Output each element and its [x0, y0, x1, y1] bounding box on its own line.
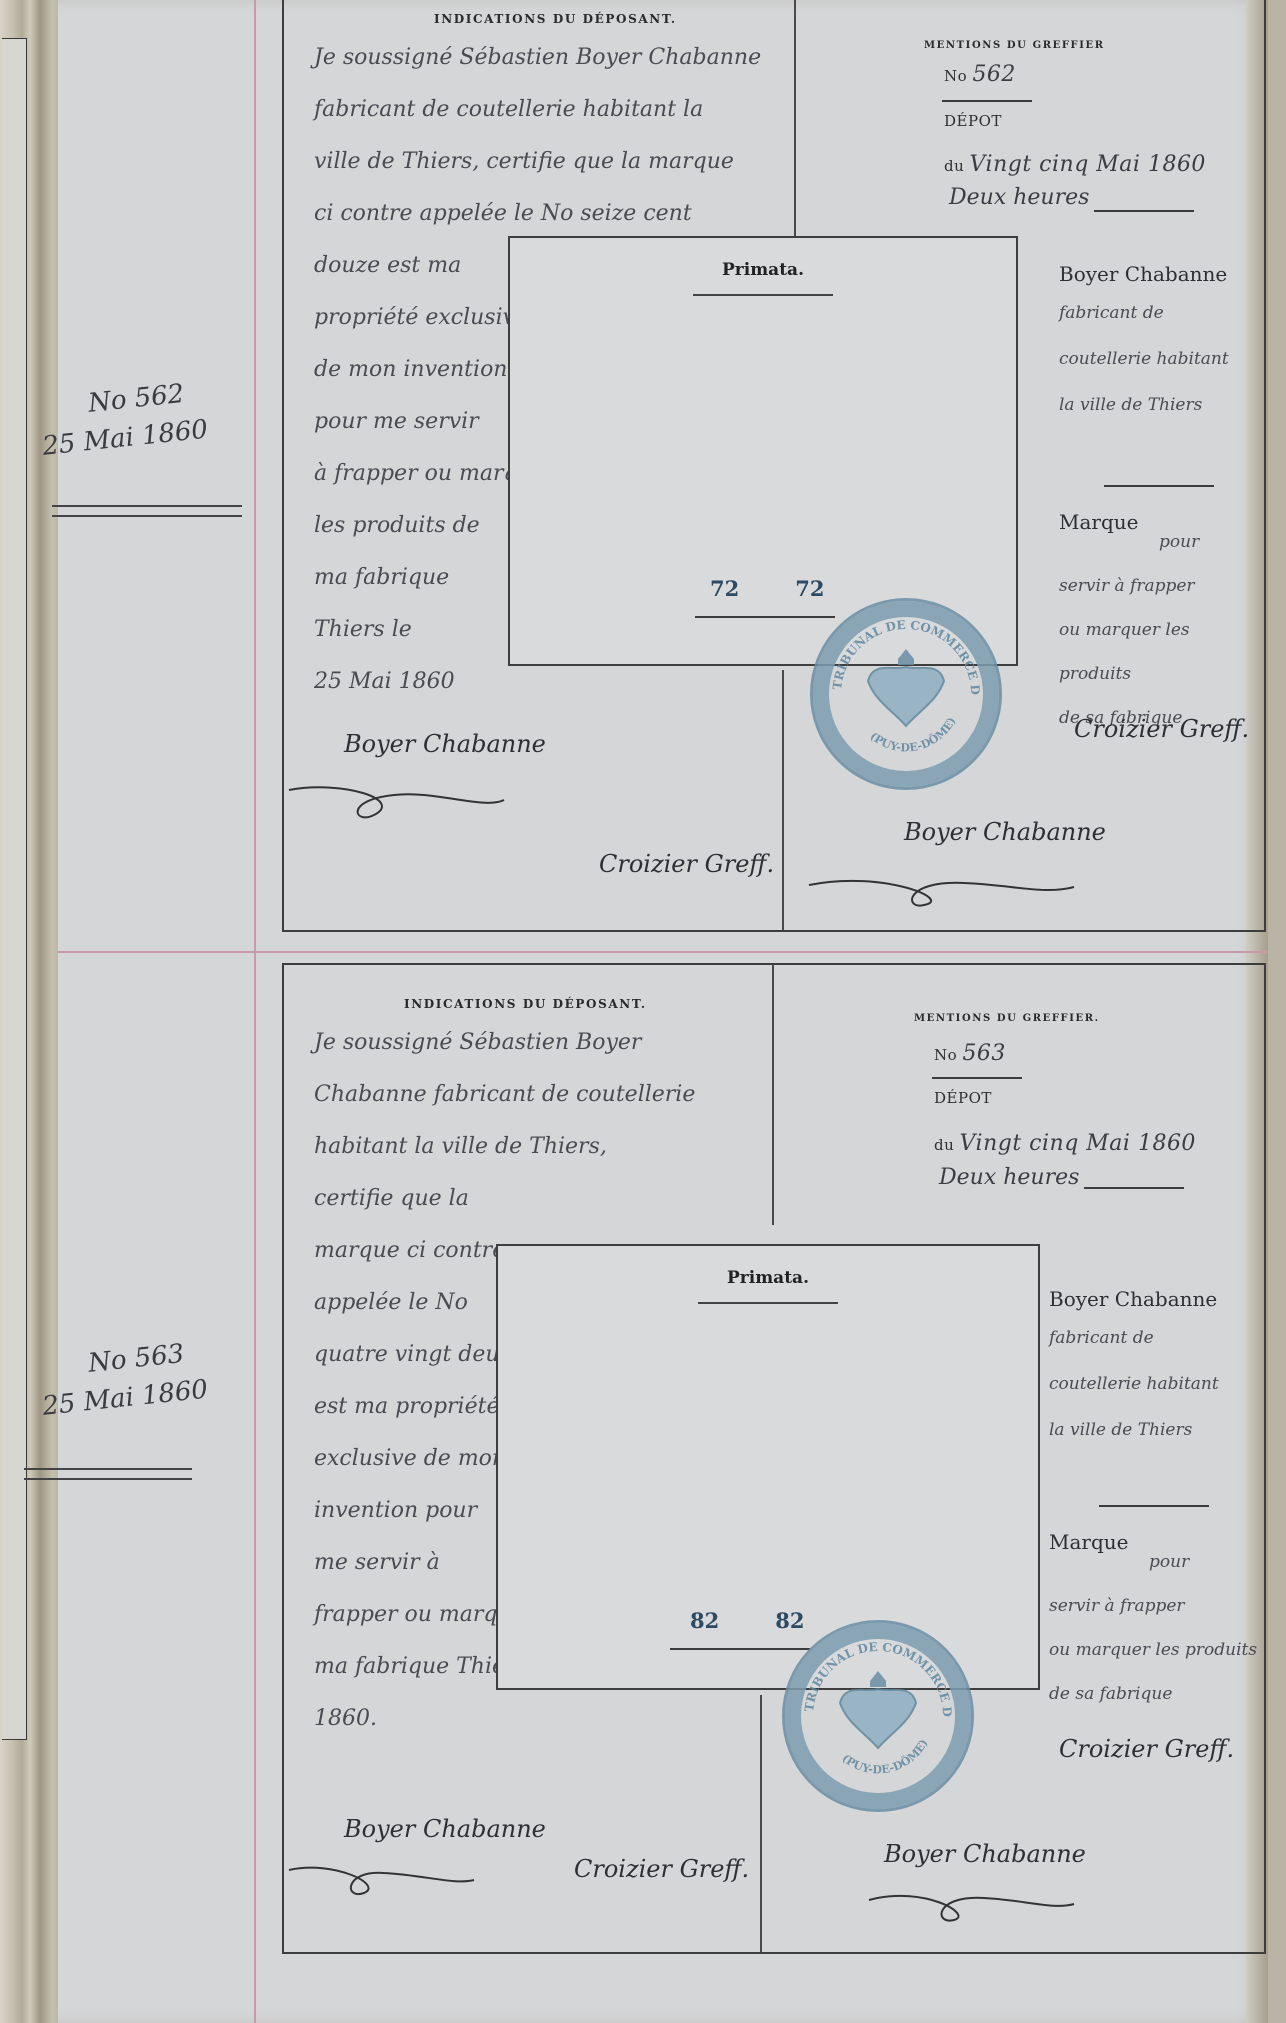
- deposit-number: 562: [972, 62, 1016, 87]
- mark-numbers: 72 72: [710, 576, 824, 601]
- mark-title-underline: [693, 294, 833, 296]
- number-underline: [942, 100, 1032, 102]
- mark-number-left: 82: [690, 1608, 719, 1633]
- eagle-seal-icon: TRIBUNAL DE COMMERCE DE THIERS (PUY-DE-D…: [785, 1623, 971, 1809]
- mark-title: Primata.: [498, 1268, 1038, 1288]
- depositor-signature: Boyer Chabanne: [344, 1815, 546, 1843]
- signature-flourish-icon: [864, 1870, 1084, 1930]
- number-label: No: [944, 67, 967, 85]
- deposit-date-line: du Vingt cinq Mai 1860: [944, 152, 1206, 177]
- depot-label: DÉPOT: [934, 1089, 992, 1107]
- clerk-heading: MENTIONS DU GREFFIER.: [914, 1013, 1100, 1024]
- signature-flourish-icon: [284, 760, 524, 830]
- column-divider: [772, 965, 774, 1225]
- clerk-depositor-name: Boyer Chabanne: [1059, 262, 1227, 286]
- eagle-seal-icon: TRIBUNAL DE COMMERCE DE THIERS (PUY-DE-D…: [813, 601, 999, 787]
- number-label: No: [934, 1046, 957, 1064]
- svg-text:(PUY-DE-DÔME): (PUY-DE-DÔME): [839, 1737, 930, 1776]
- depositor-heading: INDICATIONS DU DÉPOSANT.: [434, 12, 677, 26]
- clerk-depositor-description: fabricant de coutellerie habitant la vil…: [1059, 290, 1229, 428]
- deposit-date-line: du Vingt cinq Mai 1860: [934, 1131, 1196, 1156]
- mark-title-underline: [698, 1302, 838, 1304]
- time-underline: [1084, 1187, 1184, 1189]
- mark-number-left: 72: [710, 576, 739, 601]
- deposit-date: Vingt cinq Mai 1860: [970, 152, 1206, 177]
- time-underline: [1094, 210, 1194, 212]
- tribunal-stamp-562: TRIBUNAL DE COMMERCE DE THIERS (PUY-DE-D…: [810, 598, 1002, 790]
- svg-text:(PUY-DE-DÔME): (PUY-DE-DÔME): [867, 715, 958, 754]
- book-binding: [0, 0, 62, 2023]
- clerk-signature-right: Croizier Greff.: [1074, 715, 1249, 743]
- deposit-number: 563: [962, 1041, 1006, 1066]
- deposit-date: Vingt cinq Mai 1860: [960, 1131, 1196, 1156]
- stamp-text-bottom: (PUY-DE-DÔME): [839, 1737, 930, 1776]
- clerk-heading: MENTIONS DU GREFFIER: [924, 40, 1105, 51]
- adjacent-page-edge: [2, 38, 27, 1740]
- depositor-signature-bottom: Boyer Chabanne: [904, 818, 1106, 846]
- depot-label: DÉPOT: [944, 112, 1002, 130]
- mark-number-right: 72: [795, 576, 824, 601]
- entry-separator-rule: [58, 951, 1268, 953]
- tribunal-stamp-563: TRIBUNAL DE COMMERCE DE THIERS (PUY-DE-D…: [782, 1620, 974, 1812]
- depositor-heading: INDICATIONS DU DÉPOSANT.: [404, 997, 647, 1011]
- clerk-section-rule: [1099, 1505, 1209, 1507]
- signature-flourish-icon: [284, 1845, 484, 1905]
- deposit-time: Deux heures: [939, 1165, 1079, 1190]
- margin-double-rule: [52, 505, 242, 517]
- clerk-mark-description: pour servir à frapper ou marquer les pro…: [1059, 520, 1264, 740]
- depositor-signature: Boyer Chabanne: [344, 730, 546, 758]
- clerk-number: No 563: [934, 1041, 1006, 1066]
- clerk-signature-bottom: Croizier Greff.: [599, 850, 774, 878]
- stamp-text-bottom: (PUY-DE-DÔME): [867, 715, 958, 754]
- column-divider: [794, 0, 796, 250]
- clerk-number: No 562: [944, 62, 1016, 87]
- margin-double-rule: [24, 1468, 192, 1480]
- mark-title: Primata.: [510, 260, 1016, 280]
- column-divider-lower: [782, 670, 784, 930]
- signature-flourish-icon: [804, 855, 1084, 915]
- clerk-depositor-description: fabricant de coutellerie habitant la vil…: [1049, 1315, 1219, 1453]
- clerk-signature-right: Croizier Greff.: [1059, 1735, 1234, 1763]
- clerk-mark-description: pour servir à frapper ou marquer les pro…: [1049, 1540, 1257, 1716]
- du-label: du: [934, 1136, 954, 1154]
- number-underline: [932, 1077, 1022, 1079]
- clerk-depositor-name: Boyer Chabanne: [1049, 1287, 1217, 1311]
- du-label: du: [944, 157, 964, 175]
- clerk-signature-bottom: Croizier Greff.: [574, 1855, 749, 1883]
- deposit-time: Deux heures: [949, 185, 1089, 210]
- margin-rule: [254, 0, 256, 2023]
- depositor-signature-bottom: Boyer Chabanne: [884, 1840, 1086, 1868]
- clerk-section-rule: [1104, 485, 1214, 487]
